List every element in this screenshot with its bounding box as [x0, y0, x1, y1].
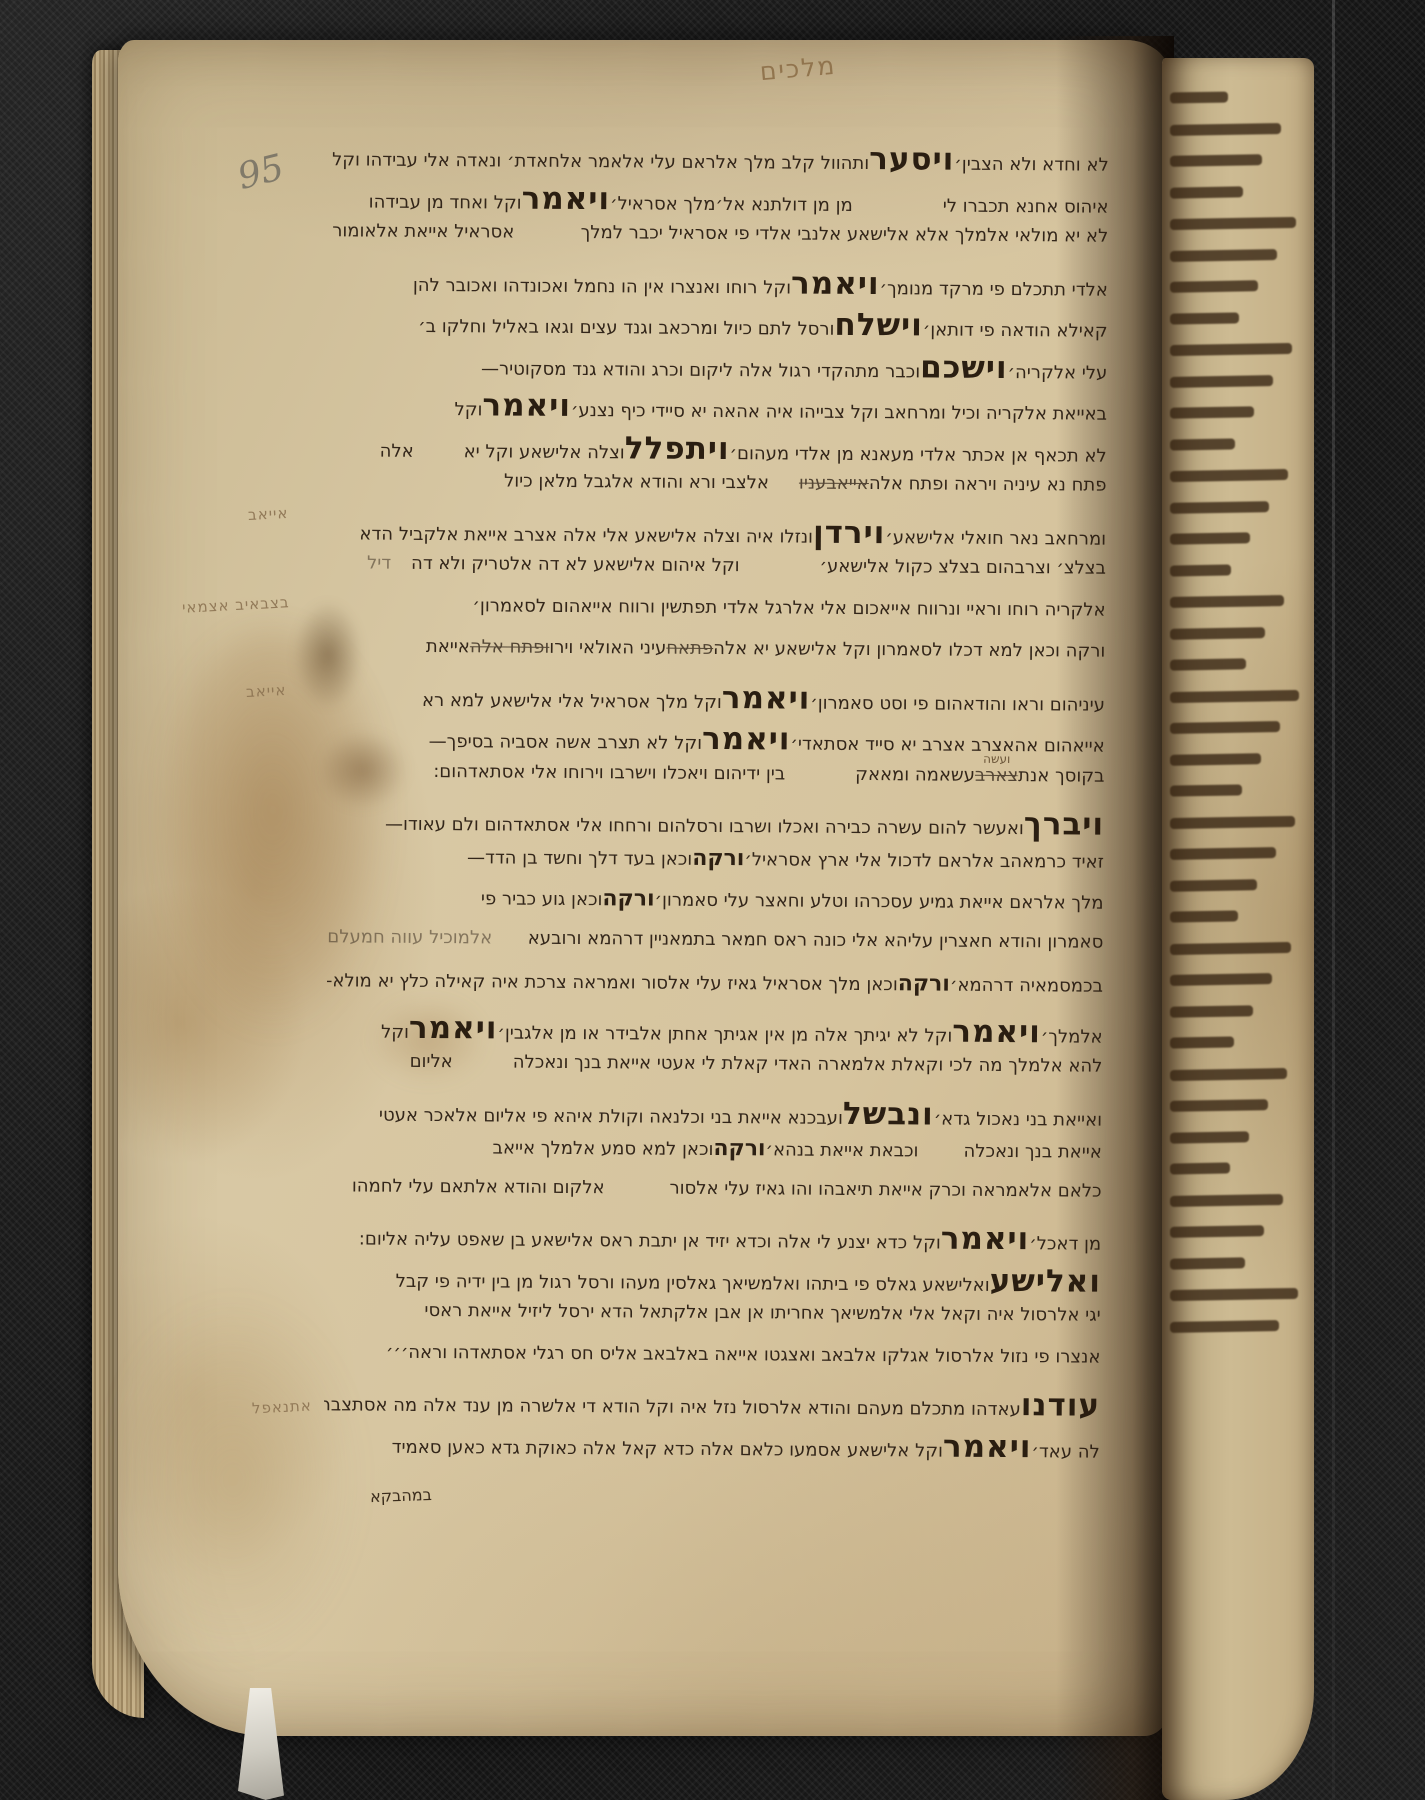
facing-text-line-stub [1170, 753, 1261, 766]
text-segment: ואייאת בני נאכול גדא׳ [934, 1108, 1102, 1130]
text-segment: עיני האולאי וירו [549, 637, 666, 659]
text-line: אייאת בנך ונאכלהוכבאת אייאת בנהא׳ ורקה ו… [326, 1133, 1102, 1180]
text-segment: וקל לא תצרב אשה אסביה בסיפך [447, 731, 702, 754]
text-segment: אלצבי ורא והודא אלגבל מלאן כיול [504, 471, 769, 494]
text-segment: עאדהו מתכלם מעהם והודא אלרסול נזל איה וק… [323, 1394, 1021, 1420]
facing-text-line-stub [1170, 438, 1235, 450]
lemma-word: ויאמר [702, 721, 791, 758]
text-segment: וקל [381, 1021, 409, 1042]
facing-text-line-stub [1170, 847, 1276, 860]
facing-text-line-stub [1170, 1099, 1268, 1112]
text-segment: עשאמה ומאאק [855, 763, 975, 785]
text-segment: איהוס אחנא תכברו לי [943, 195, 1109, 217]
text-segment: לא יא מולאי אלמלך אלא אלישאע אלנבי אלדי … [581, 222, 1109, 247]
text-segment: אנצרו פי נזול אלרסול אגלקו אלבאב ואצגטו … [401, 1341, 1101, 1367]
running-title: מלכים [677, 44, 919, 94]
text-line: יגי אלרסול איה וקאל אלי אלמשיאך אחריתו א… [324, 1299, 1100, 1346]
text-segment: ונזלו איה וצלה אלישאע אלי אלה אצרב אייאת… [359, 523, 813, 547]
line-gap [604, 1192, 669, 1193]
text-line: אלמלך׳ ויאמר וקל לא יגיתך אלה מן אין אגי… [327, 1009, 1103, 1056]
text-line: בכמסמאיה דרהמא׳ ורקה וכאן מלך אסראיל גאי… [327, 967, 1103, 1014]
line-gap [853, 209, 943, 211]
facing-text-line-stub [1170, 375, 1273, 388]
stain [108, 1300, 358, 1660]
facing-text-line-stub [1170, 280, 1258, 293]
text-segment: אלקריה רוחו וראיי ונרווח אייאכום אלי אלר… [472, 595, 1105, 620]
text-line: קאילא הודאה פי דותאן׳ וישלח ורסל לתם כיו… [331, 303, 1107, 350]
text-segment: וקל ואחד מן עבידהו [369, 191, 522, 213]
text-segment: וקל איהום אלישאע לא דה אלטריק ולא דה [411, 553, 740, 576]
text-segment: כלאם אלאמראה וכרק אייאת תיאבהו והו גאיז … [669, 1177, 1101, 1201]
lemma-word: ויסער [869, 141, 954, 178]
text-line: אנצרו פי נזול אלרסול אגלקו אלבאב ואצגטו … [324, 1341, 1100, 1388]
facing-text-line-stub [1170, 249, 1277, 262]
text-segment: ועבכנא אייאת בני וכלנאה וקולת איהא פי אל… [379, 1104, 843, 1128]
text-segment: בכמסמאיה דרהמא׳ [950, 975, 1103, 997]
text-segment: ׳׳ [386, 1341, 401, 1362]
text-line: בצלצ׳ וצרבהום בצלצ כקול אלישאע׳וקל איהום… [330, 552, 1106, 599]
facing-text-line-stub [1170, 941, 1291, 954]
text-segment: אלה [380, 440, 414, 461]
lemma-word: וישכם [920, 349, 1008, 386]
facing-text-line-stub [1170, 627, 1265, 640]
facing-text-line-stub [1170, 910, 1238, 922]
text-line: איהוס אחנא תכברו לימן מן דולתנא אל׳מלך א… [332, 179, 1108, 226]
facing-text-line-stub [1170, 1036, 1234, 1048]
text-segment: לה עאד׳ [1031, 1441, 1099, 1462]
manuscript-photo: מלכים 95 אייאבבצבאיב אצמאיאייאבאתנאפל לא… [0, 0, 1425, 1800]
facing-text-line-stub [1170, 1194, 1283, 1207]
text-segment: ורקה [602, 886, 654, 911]
text-line: להא אלמלך מה לכי וקאלת אלמארה האדי קאלת … [326, 1050, 1102, 1097]
text-segment: ותהוול קלב מלך אלראם עלי אלאמר אלחאדת׳ ו… [332, 149, 869, 174]
struck-word: ופתח אלה [470, 636, 550, 658]
text-line: פתח נא עיניה ויראה ופתח אלה אייאבעניואלצ… [330, 469, 1106, 516]
lemma-word: ואלישע [990, 1262, 1101, 1299]
facing-text-line-stub [1170, 1131, 1249, 1143]
struck-word: צארב [975, 764, 1018, 785]
text-segment: וקל אלישאע אסמעו כלאם אלה כדא קאל אלה כא… [392, 1436, 943, 1461]
text-segment: אייאת בנך ונאכלה [963, 1141, 1101, 1163]
lemma-word: ויברך [1024, 806, 1104, 843]
text-segment: וכבר מתהקדי רגול אלה ליקום וכרג והודא גנ… [499, 358, 920, 382]
facing-text-line-stub [1170, 1320, 1279, 1333]
line-gap [918, 1155, 963, 1156]
text-segment: ורקה [898, 971, 950, 996]
facing-text-line-stub [1170, 879, 1257, 892]
binding-cover-edge [1332, 0, 1335, 1800]
lemma-word: ויאמר [482, 387, 571, 424]
text-segment: מלך אלראם אייאת גמיע עסכרהו וטלע וחאצר ע… [655, 890, 1104, 914]
text-segment: קאילא הודאה פי דותאן׳ [923, 319, 1108, 341]
text-segment: וכבאת אייאת בנהא׳ [765, 1139, 918, 1161]
text-segment: וכאן מלך אסראיל גאיז עלי אלסור ואמראה צר… [332, 970, 898, 995]
facing-text-line-stub [1170, 469, 1288, 482]
text-segment: בקוסך אנת [1018, 765, 1104, 787]
margin-note: בצבאיב אצמאי [182, 593, 290, 617]
lemma-word: ויאמר [409, 1009, 498, 1046]
catchword: במהבקא [370, 1485, 433, 1506]
text-segment: אלדי תתכלם פי מרקד מנומך׳ [879, 278, 1107, 301]
facing-text-line-stub [1170, 217, 1296, 230]
text-segment: ורסל לתם כיול ומרכאב וגנד עצים וגאו באלי… [418, 316, 834, 340]
text-segment: וקל רוחו ואנצרו אין הו נחמל ואכונדהו ואכ… [413, 274, 791, 298]
facing-text-line-stub [1170, 658, 1246, 670]
facing-text-line-stub [1170, 91, 1228, 103]
text-segment: ואלישאע גאלס פי ביתהו ואלמשיאך גאלסין מע… [396, 1270, 990, 1295]
corrected-word: ועשהצארב [975, 764, 1018, 785]
main-text-block: לא וחדא ולא הצבין׳ ויסער ותהוול קלב מלך … [323, 137, 1109, 1542]
text-line: עלי אלקריה׳ וישכם וכבר מתהקדי רגול אלה ל… [331, 345, 1107, 392]
facing-text-line-stub [1170, 312, 1239, 324]
facing-text-line-stub [1170, 1067, 1287, 1080]
text-line: ואלישע ואלישאע גאלס פי ביתהו ואלמשיאך גא… [325, 1258, 1101, 1305]
lemma-word: ויאמר [943, 1428, 1032, 1465]
text-segment: דיל [367, 553, 391, 574]
lemma-word: עודנו [1021, 1387, 1100, 1424]
text-segment: אלקום והודא אלתאם עלי לחמהו [352, 1175, 605, 1198]
text-line: כלאם אלאמראה וכרק אייאת תיאבהו והו גאיז … [325, 1175, 1101, 1222]
text-segment: ורקה [713, 1136, 765, 1161]
text-line: לא יא מולאי אלמלך אלא אלישאע אלנבי אלדי … [332, 220, 1108, 267]
text-segment: וכאן למא סמע אלמלך אייאב [493, 1137, 714, 1160]
text-segment: וקל כדא יצנע לי אלה וכדא יזיד אן יתבת רא… [359, 1229, 941, 1254]
text-segment: מן מן דולתנא אל׳מלך אסראיל׳ [610, 193, 853, 216]
facing-text-line-stub [1170, 721, 1280, 734]
facing-text-line-stub [1170, 1005, 1253, 1017]
facing-page-text-edge [1170, 92, 1308, 1352]
facing-text-line-stub [1170, 1257, 1245, 1269]
lemma-word: ויאמר [791, 265, 880, 302]
facing-text-line-stub [1170, 501, 1269, 514]
line-gap [453, 1066, 513, 1067]
facing-text-line-stub [1170, 595, 1284, 608]
struck-word: פתאח [666, 638, 713, 659]
text-segment: וקל מלך אסראיל אלי אלישאע למא רא [422, 689, 722, 712]
text-segment: עיניהום וראו והודאהום פי וסט סאמרון׳ [810, 692, 1105, 715]
facing-text-line-stub [1170, 564, 1231, 576]
facing-text-line-stub [1170, 1225, 1264, 1238]
lemma-word: ויאמר [941, 1221, 1030, 1258]
facing-text-line-stub [1170, 186, 1243, 198]
text-line: לה עאד׳ ויאמר וקל אלישאע אסמעו כלאם אלה … [324, 1424, 1100, 1471]
text-segment: בין ידיהום ויאכלו וישרבו וירוחו אלי אסתא… [433, 761, 785, 784]
line-gap [414, 455, 464, 456]
facing-text-line-stub [1170, 532, 1250, 544]
folio-number: 95 [234, 147, 288, 198]
facing-text-line-stub [1170, 1288, 1298, 1301]
text-segment: באייאת אלקריה וכיל ומרחאב וקל צבייהו איה… [571, 400, 1107, 425]
facing-text-line-stub [1170, 123, 1281, 136]
text-segment: אסראיל אייאת אלאומור [332, 220, 514, 242]
facing-text-line-stub [1170, 154, 1262, 167]
lemma-word: ונבשל [843, 1095, 934, 1132]
text-line: באייאת אלקריה וכיל ומרחאב וקל צבייהו איה… [331, 386, 1107, 433]
line-gap [740, 570, 820, 572]
text-segment: וצלה אלישאע וקל יא [464, 441, 625, 463]
margin-note: אייאב [248, 504, 289, 524]
text-segment: לא תכאף אן אכתר אלדי מעאנא מן אלדי מעהום… [730, 443, 1107, 467]
lemma-word: וירדן [813, 514, 886, 551]
facing-text-line-stub [1170, 815, 1295, 828]
text-segment: — [481, 358, 499, 379]
facing-text-line-stub [1170, 1162, 1230, 1174]
text-segment: וכאן בעד דלך וחשד בן הדד [485, 847, 692, 869]
text-line: זאיד כרמאהב אלראם לדכול אלי ארץ אסראיל׳ … [328, 843, 1104, 890]
text-line: אלדי תתכלם פי מרקד מנומך׳ ויאמר וקל רוחו… [332, 262, 1108, 309]
facing-text-line-stub [1170, 973, 1272, 986]
text-line: לא תכאף אן אכתר אלדי מעאנא מן אלדי מעהום… [331, 428, 1107, 475]
text-segment: להא אלמלך מה לכי וקאלת אלמארה האדי קאלת … [513, 1052, 1103, 1077]
facing-text-line-stub [1170, 343, 1292, 356]
text-segment: ורקה [692, 845, 744, 870]
text-segment: לא וחדא ולא הצבין׳ [954, 154, 1109, 176]
text-segment: — [429, 731, 447, 752]
lemma-word: וישלח [834, 307, 923, 344]
margin-note: אייאב [246, 681, 287, 701]
text-segment: עלי אלקריה׳ [1007, 362, 1107, 384]
line-gap [514, 237, 580, 238]
text-segment: וקל [454, 399, 482, 420]
text-line: מלך אלראם אייאת גמיע עסכרהו וטלע וחאצר ע… [327, 884, 1103, 931]
text-segment: יגי אלרסול איה וקאל אלי אלמשיאך אחריתו א… [424, 1300, 1100, 1326]
text-segment: מן דאכל׳ [1029, 1233, 1101, 1255]
text-line: ורקה וכאן למא דכלו לסאמרון וקל אלישאע יא… [329, 635, 1105, 682]
text-segment: אייאהום אהאצרב אצרב יא סייד אסתאדי׳ [790, 734, 1104, 757]
text-segment: — [467, 847, 485, 868]
text-line: לא וחדא ולא הצבין׳ ויסער ותהוול קלב מלך … [333, 137, 1109, 184]
text-segment: זאיד כרמאהב אלראם לדכול אלי ארץ אסראיל׳ [744, 849, 1104, 873]
text-segment: ומרחאב נאר חואלי אלישאע׳ [885, 527, 1106, 550]
text-line: סאמרון והודא חאצרין עליהא אלי כונה ראס ח… [327, 926, 1103, 973]
text-line: ויברך ואעשר להום עשרה כבירה ואכלו ושרבו … [328, 801, 1104, 848]
text-segment: פתח נא עיניה ויראה ופתח אלה [869, 473, 1107, 496]
lemma-word: ויאמר [952, 1013, 1041, 1050]
text-line: ואייאת בני נאכול גדא׳ ונבשל ועבכנא אייאת… [326, 1092, 1102, 1139]
text-segment: — [323, 970, 332, 991]
text-segment: אייאת [426, 636, 470, 657]
line-gap [785, 778, 855, 779]
lemma-word: ויתפלל [625, 430, 730, 467]
text-line: מן דאכל׳ ויאמר וקל כדא יצנע לי אלה וכדא … [325, 1216, 1101, 1263]
lemma-word: ויאמר [722, 680, 811, 717]
text-segment: וקל לא יגיתך אלה מן אין אגיתך אחתן אלביד… [497, 1022, 952, 1046]
manuscript-page: מלכים 95 אייאבבצבאיב אצמאיאייאבאתנאפל לא… [118, 40, 1170, 1736]
facing-text-line-stub [1170, 689, 1299, 702]
text-segment: ורקה וכאן למא דכלו לסאמרון וקל אלישאע יא… [713, 638, 1105, 662]
text-segment: אלמלך׳ [1041, 1026, 1103, 1047]
text-line: עיניהום וראו והודאהום פי וסט סאמרון׳ ויא… [329, 677, 1105, 724]
text-segment: אלמוכיל עווה חמעלם [327, 926, 492, 948]
lemma-word: ויאמר [522, 180, 611, 217]
text-segment: — [385, 814, 403, 835]
facing-text-line-stub [1170, 406, 1254, 418]
text-segment: ואעשר להום עשרה כבירה ואכלו ושרבו ורסלהו… [403, 814, 1024, 839]
text-line: עודנו עאדהו מתכלם מעהם והודא אלרסול נזל … [324, 1382, 1100, 1429]
struck-word: אייאבעניו [799, 473, 869, 494]
text-segment: בצלצ׳ וצרבהום בצלצ כקול אלישאע׳ [819, 556, 1105, 579]
line-gap [769, 487, 799, 488]
text-segment: סאמרון והודא חאצרין עליהא אלי כונה ראס ח… [528, 927, 1104, 952]
line-gap [391, 568, 411, 569]
margin-note: אתנאפל [252, 1396, 313, 1417]
text-segment: אליום [410, 1051, 453, 1072]
facing-text-line-stub [1170, 784, 1242, 796]
text-line: אלקריה רוחו וראיי ונרווח אייאכום אלי אלר… [329, 594, 1105, 641]
text-line: ומרחאב נאר חואלי אלישאע׳ וירדן ונזלו איה… [330, 511, 1106, 558]
line-gap [492, 942, 528, 943]
text-segment: וכאן גוע כביר פי [481, 888, 603, 910]
text-line: בקוסך אנת ועשהצארב עשאמה ומאאקבין ידיהום… [328, 760, 1104, 807]
facing-page [1162, 58, 1314, 1800]
